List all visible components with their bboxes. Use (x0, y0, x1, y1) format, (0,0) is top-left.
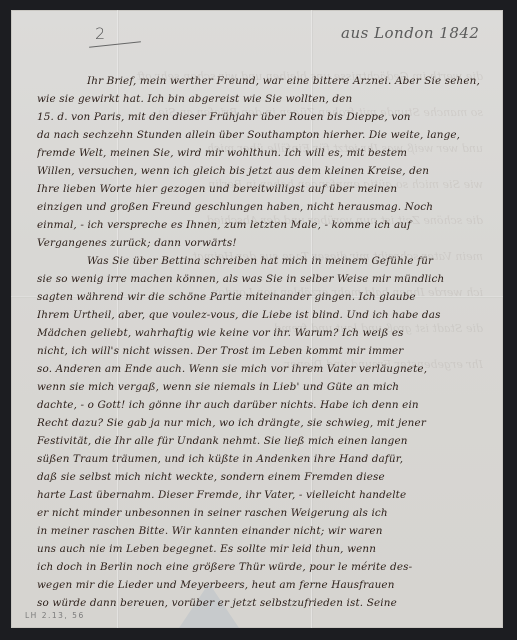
text-line: fremde Welt, meinen Sie, wird mir wohlth… (37, 144, 499, 162)
text-line: süßen Traum träumen, und ich küßte in An… (37, 450, 499, 468)
text-line: Ihrem Urtheil, aber, que voulez-vous, di… (37, 306, 499, 324)
text-line: nicht, ich will's nicht wissen. Der Tros… (37, 342, 499, 360)
text-line: wenn sie mich vergaß, wenn sie niemals i… (37, 378, 499, 396)
text-line: harte Last übernahm. Dieser Fremde, ihr … (37, 486, 499, 504)
text-line: Ihr Brief, mein werther Freund, war eine… (37, 72, 499, 90)
text-line: sagten während wir die schöne Partie mit… (37, 288, 499, 306)
text-line: ich doch in Berlin noch eine größere Thü… (37, 558, 499, 576)
page-number: 2 (95, 24, 105, 43)
text-line: einmal, - ich verspreche es Ihnen, zum l… (37, 216, 499, 234)
text-line: Was Sie über Bettina schreiben hat mich … (37, 252, 499, 270)
text-line: dachte, - o Gott! ich gönne ihr auch dar… (37, 396, 499, 414)
scan-background: die werth im Gedächtnisse uns bleiben un… (0, 0, 517, 640)
text-line: 15. d. von Paris, mit den dieser Frühjah… (37, 108, 499, 126)
manuscript-page: die werth im Gedächtnisse uns bleiben un… (11, 10, 503, 628)
text-line: Recht dazu? Sie gab ja nur mich, wo ich … (37, 414, 499, 432)
letter-body: Ihr Brief, mein werther Freund, war eine… (37, 72, 499, 612)
header-annotation: aus London 1842 (341, 24, 479, 42)
text-line: Ihre lieben Worte hier gezogen und berei… (37, 180, 499, 198)
text-line: wegen mir die Lieder und Meyerbeers, heu… (37, 576, 499, 594)
text-line: in meiner raschen Bitte. Wir kannten ein… (37, 522, 499, 540)
text-line: Willen, versuchen, wenn ich gleich bis j… (37, 162, 499, 180)
text-line: er nicht minder unbesonnen in seiner ras… (37, 504, 499, 522)
text-line: so. Anderen am Ende auch. Wenn sie mich … (37, 360, 499, 378)
text-line: sie so wenig irre machen können, als was… (37, 270, 499, 288)
text-line: daß sie selbst mich nicht weckte, sonder… (37, 468, 499, 486)
text-line: so würde dann bereuen, vorüber er jetzt … (37, 594, 499, 612)
text-line: da nach sechzehn Stunden allein über Sou… (37, 126, 499, 144)
text-line: Mädchen geliebt, wahrhaftig wie keine vo… (37, 324, 499, 342)
text-line: wie sie gewirkt hat. Ich bin abgereist w… (37, 90, 499, 108)
text-line: uns auch nie im Leben begegnet. Es sollt… (37, 540, 499, 558)
text-line: Vergangenes zurück; dann vorwärts! (37, 234, 499, 252)
text-line: Festivität, die Ihr alle für Undank nehm… (37, 432, 499, 450)
archive-signature: LH 2.13, 56 (25, 611, 85, 620)
text-line: einzigen und großen Freund geschlungen h… (37, 198, 499, 216)
